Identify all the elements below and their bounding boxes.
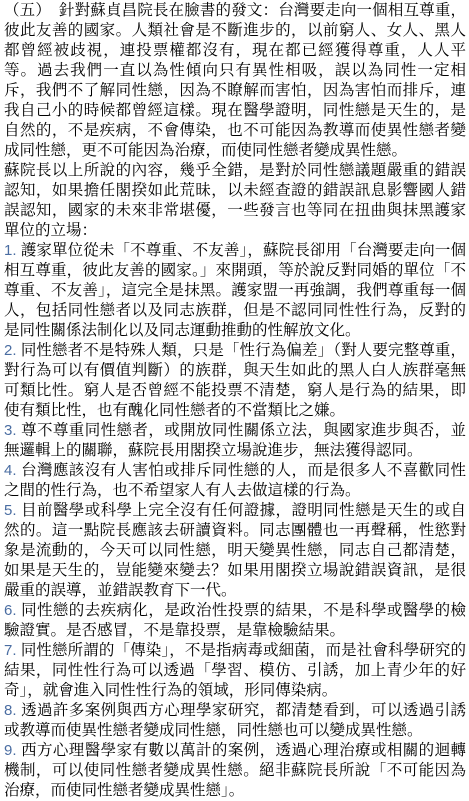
numbered-item: 2. 同性戀者不是特殊人類，只是「性行為偏差」（對人要完整尊重，對行為可以有價值…	[4, 341, 466, 421]
list-item-number: 1.	[4, 242, 21, 259]
list-item-number: 7.	[4, 642, 21, 659]
list-item-number: 3.	[4, 422, 21, 439]
paragraph: （五） 針對蘇貞昌院長在臉書的發文：台灣要走向一個相互尊重，彼此友善的國家。人類…	[4, 1, 466, 161]
list-item-number: 9.	[4, 742, 21, 759]
document-body: （五） 針對蘇貞昌院長在臉書的發文：台灣要走向一個相互尊重，彼此友善的國家。人類…	[0, 0, 469, 801]
list-item-number: 6.	[4, 602, 21, 619]
numbered-item: 7. 同性戀所謂的「傳染」，不是指病毒或細菌，而是社會科學研究的結果，同性性行為…	[4, 641, 466, 701]
paragraph: 蘇院長以上所說的內容，幾乎全錯，是對於同性戀議題嚴重的錯誤認知，如果擔任閣揆如此…	[4, 161, 466, 241]
numbered-item: 1. 護家單位從未「不尊重、不友善」，蘇院長卻用「台灣要走向一個相互尊重，彼此友…	[4, 241, 466, 341]
numbered-item: 8. 透過許多案例與西方心理學家研究，都清楚看到，可以透過引誘或教導而使異性戀者…	[4, 701, 466, 741]
numbered-item: 4. 台灣應該沒有人害怕或排斥同性戀的人，而是很多人不喜歡同性之間的性行為，也不…	[4, 461, 466, 501]
list-item-number: 4.	[4, 462, 21, 479]
list-item-number: 2.	[4, 342, 21, 359]
numbered-item: 9. 西方心理醫學家有數以萬計的案例，透過心理治療或相關的迴轉機制，可以使同性戀…	[4, 741, 466, 801]
numbered-item: 3. 尊不尊重同性戀者，或開放同性關係立法，與國家進步與否，並無邏輯上的關聯，蘇…	[4, 421, 466, 461]
numbered-item: 5. 目前醫學或科學上完全沒有任何證據，證明同性戀是天生的或自然的。這一點院長應…	[4, 501, 466, 601]
list-item-number: 8.	[4, 702, 21, 719]
numbered-item: 6. 同性戀的去疾病化，是政治性投票的結果，不是科學或醫學的檢驗證實。是否感冒，…	[4, 601, 466, 641]
list-item-number: 5.	[4, 502, 21, 519]
